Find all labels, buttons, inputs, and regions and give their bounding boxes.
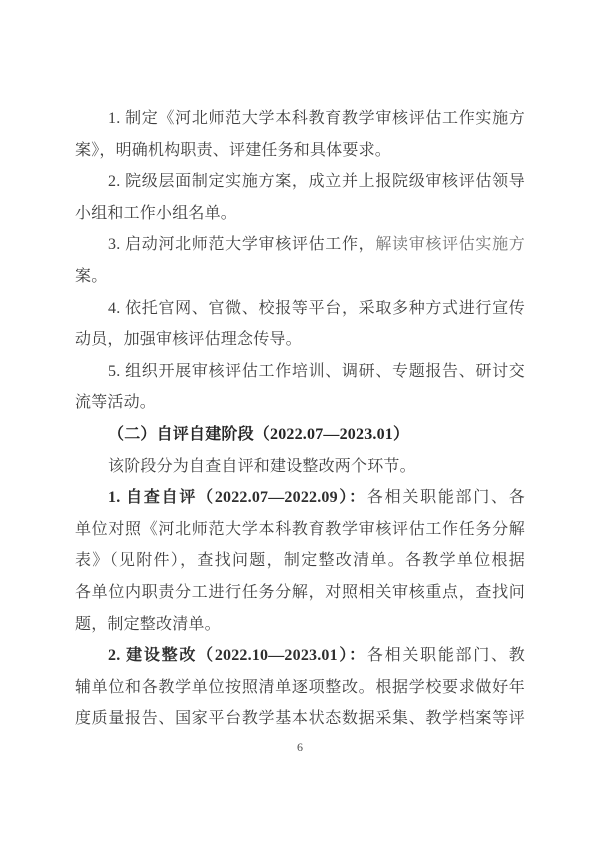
line-text: 各相关职能部门、教 bbox=[367, 647, 525, 664]
text-line: 5. 组织开展审核评估工作培训、调研、专题报告、研讨交 bbox=[75, 356, 525, 388]
text-line: 题，制定整改清单。 bbox=[75, 609, 525, 641]
section-heading-stage-2: （二）自评自建阶段（2022.07—2023.01） bbox=[75, 419, 525, 451]
text-line: 4. 依托官网、官微、校报等平台，采取多种方式进行宣传 bbox=[75, 293, 525, 325]
line-text: 题，制定整改清单。 bbox=[75, 616, 221, 633]
document-page: 1. 制定《河北师范大学本科教育教学审核评估工作实施方 案》，明确机构职责、评建… bbox=[0, 0, 600, 848]
line-text: 案。 bbox=[75, 268, 107, 285]
line-text: 流等活动。 bbox=[75, 394, 156, 411]
line-text: 该阶段分为自查自评和建设整改两个环节。 bbox=[108, 458, 416, 475]
line-text: 各单位内职责分工进行任务分解，对照相关审核重点，查找问 bbox=[75, 584, 525, 601]
paragraph-self-check: 1. 自查自评（2022.07—2022.09）：各相关职能部门、各 单位对照《… bbox=[75, 482, 525, 640]
text-line: 3. 启动河北师范大学审核评估工作，解读审核评估实施方 bbox=[75, 229, 525, 261]
line-text: 4. 依托官网、官微、校报等平台，采取多种方式进行宣传 bbox=[108, 300, 525, 317]
text-line: 该阶段分为自查自评和建设整改两个环节。 bbox=[75, 451, 525, 483]
line-text: 3. 启动河北师范大学审核评估工作， bbox=[108, 236, 375, 253]
paragraph-item-1: 1. 制定《河北师范大学本科教育教学审核评估工作实施方 案》，明确机构职责、评建… bbox=[75, 103, 525, 166]
text-line: 2. 建设整改（2022.10—2023.01）：各相关职能部门、教 bbox=[75, 640, 525, 672]
text-line: 各单位内职责分工进行任务分解，对照相关审核重点，查找问 bbox=[75, 577, 525, 609]
text-line: 1. 自查自评（2022.07—2022.09）：各相关职能部门、各 bbox=[75, 482, 525, 514]
text-line: 动员，加强审核评估理念传导。 bbox=[75, 324, 525, 356]
run-in-heading: 2. 建设整改（2022.10—2023.01）： bbox=[108, 647, 367, 664]
text-line: 辅单位和各教学单位按照清单逐项整改。根据学校要求做好年 bbox=[75, 672, 525, 704]
line-text: 单位对照《河北师范大学本科教育教学审核评估工作任务分解 bbox=[75, 521, 525, 538]
line-text: 1. 制定《河北师范大学本科教育教学审核评估工作实施方 bbox=[108, 110, 525, 127]
text-line: 案。 bbox=[75, 261, 525, 293]
line-text: 辅单位和各教学单位按照清单逐项整改。根据学校要求做好年 bbox=[75, 679, 525, 696]
text-line: 单位对照《河北师范大学本科教育教学审核评估工作任务分解 bbox=[75, 514, 525, 546]
text-line: 表》（见附件），查找问题，制定整改清单。各教学单位根据 bbox=[75, 545, 525, 577]
paragraph-item-2: 2. 院级层面制定实施方案，成立并上报院级审核评估领导 小组和工作小组名单。 bbox=[75, 166, 525, 229]
line-text: 小组和工作小组名单。 bbox=[75, 205, 237, 222]
line-text: 各相关职能部门、各 bbox=[367, 489, 525, 506]
text-line: 小组和工作小组名单。 bbox=[75, 198, 525, 230]
paragraph-item-4: 4. 依托官网、官微、校报等平台，采取多种方式进行宣传 动员，加强审核评估理念传… bbox=[75, 293, 525, 356]
line-text: 动员，加强审核评估理念传导。 bbox=[75, 331, 302, 348]
paragraph-rectification: 2. 建设整改（2022.10—2023.01）：各相关职能部门、教 辅单位和各… bbox=[75, 640, 525, 735]
paragraph-intro: 该阶段分为自查自评和建设整改两个环节。 bbox=[75, 451, 525, 483]
run-in-heading: 1. 自查自评（2022.07—2022.09）： bbox=[108, 489, 367, 506]
line-text: 2. 院级层面制定实施方案，成立并上报院级审核评估领导 bbox=[108, 173, 525, 190]
paragraph-item-3: 3. 启动河北师范大学审核评估工作，解读审核评估实施方 案。 bbox=[75, 229, 525, 292]
text-line: 案》，明确机构职责、评建任务和具体要求。 bbox=[75, 135, 525, 167]
page-content: 1. 制定《河北师范大学本科教育教学审核评估工作实施方 案》，明确机构职责、评建… bbox=[75, 103, 525, 735]
page-number: 6 bbox=[0, 740, 600, 755]
text-line: 流等活动。 bbox=[75, 387, 525, 419]
line-text: 5. 组织开展审核评估工作培训、调研、专题报告、研讨交 bbox=[108, 363, 525, 380]
text-line: 度质量报告、国家平台教学基本状态数据采集、教学档案等评 bbox=[75, 703, 525, 735]
line-text-faded: 解读审核评估实施方 bbox=[375, 236, 525, 253]
text-line: 1. 制定《河北师范大学本科教育教学审核评估工作实施方 bbox=[75, 103, 525, 135]
line-text: 表》（见附件），查找问题，制定整改清单。各教学单位根据 bbox=[75, 552, 525, 569]
text-line: 2. 院级层面制定实施方案，成立并上报院级审核评估领导 bbox=[75, 166, 525, 198]
heading-text: （二）自评自建阶段（2022.07—2023.01） bbox=[108, 426, 409, 443]
paragraph-item-5: 5. 组织开展审核评估工作培训、调研、专题报告、研讨交 流等活动。 bbox=[75, 356, 525, 419]
line-text: 案》，明确机构职责、评建任务和具体要求。 bbox=[75, 142, 391, 159]
line-text: 度质量报告、国家平台教学基本状态数据采集、教学档案等评 bbox=[75, 710, 525, 727]
